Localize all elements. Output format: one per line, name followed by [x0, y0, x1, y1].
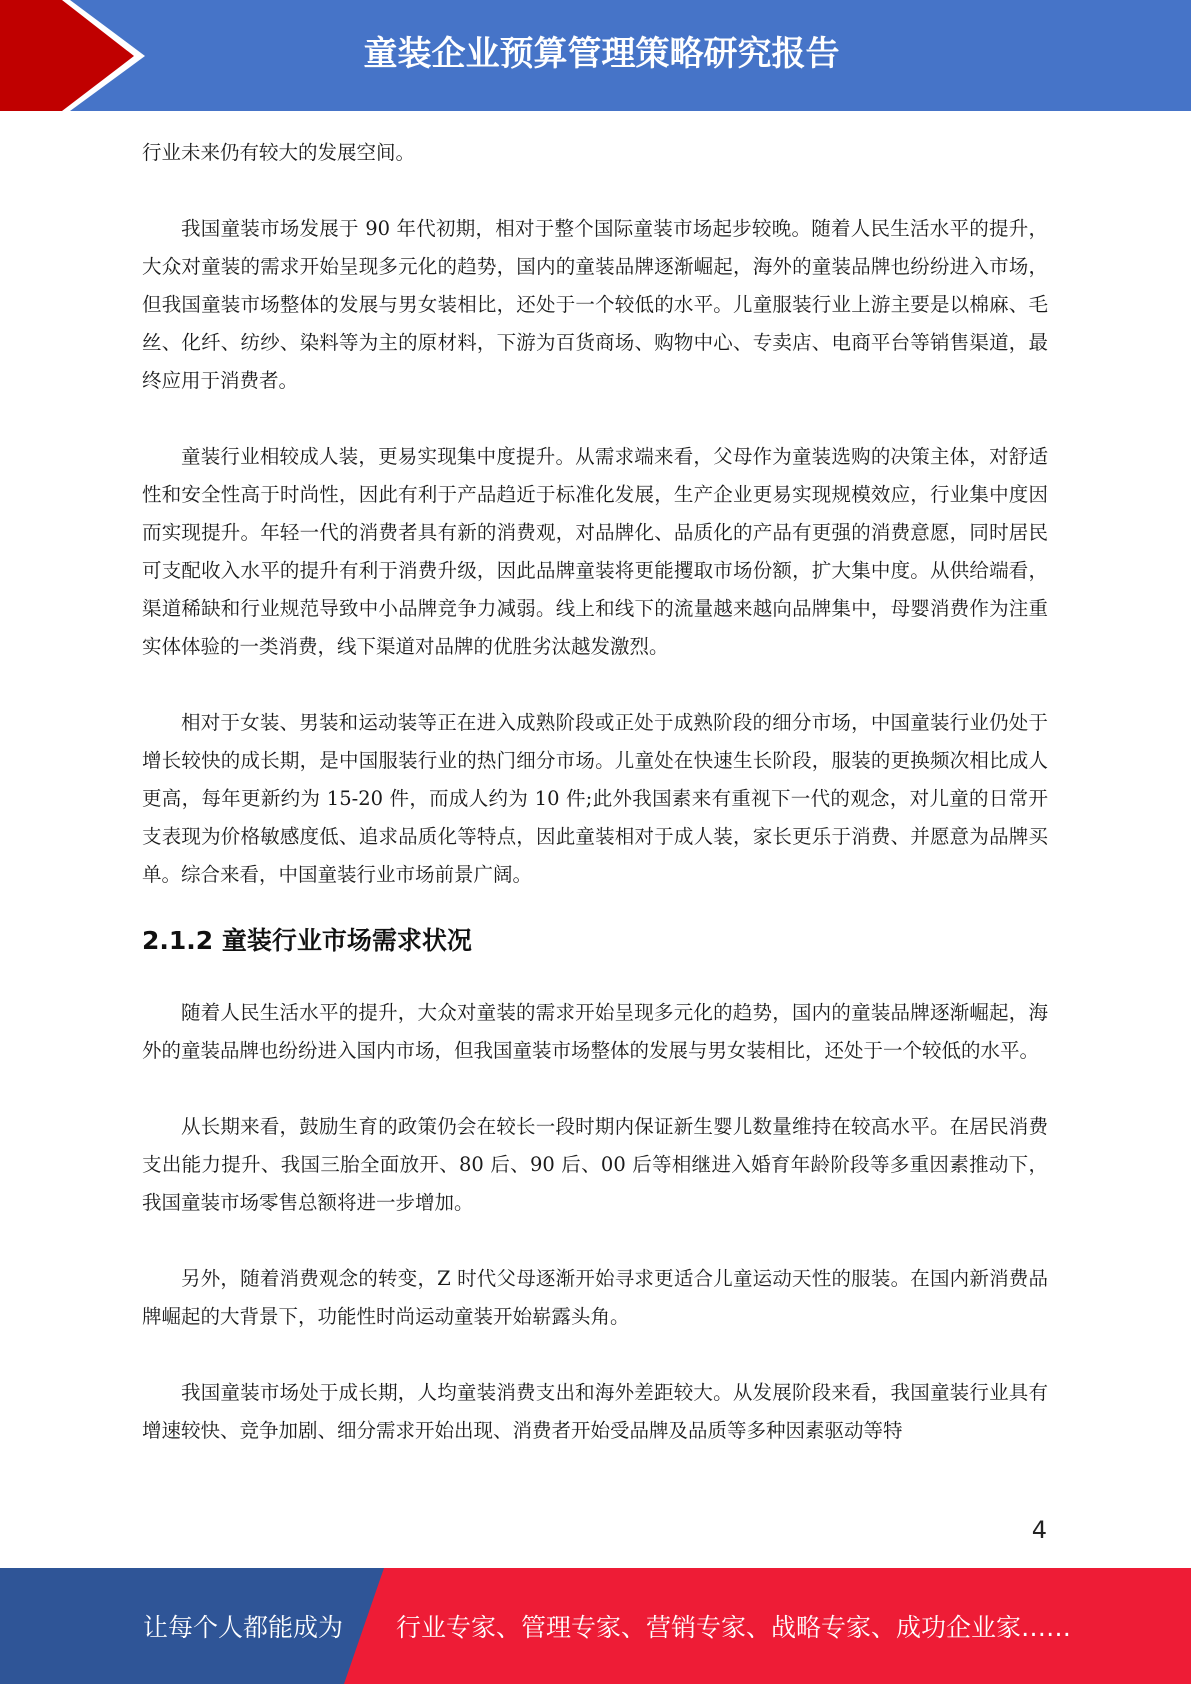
document-title: 童装企业预算管理策略研究报告	[0, 0, 1191, 111]
paragraph: 我国童装市场处于成长期，人均童装消费支出和海外差距较大。从发展阶段来看，我国童装…	[142, 1374, 1048, 1450]
paragraph: 我国童装市场发展于 90 年代初期，相对于整个国际童装市场起步较晚。随着人民生活…	[142, 210, 1048, 400]
page-header: 童装企业预算管理策略研究报告	[0, 0, 1191, 111]
document-body: 行业未来仍有较大的发展空间。 我国童装市场发展于 90 年代初期，相对于整个国际…	[142, 134, 1048, 1450]
footer-slogan-right: 行业专家、管理专家、营销专家、战略专家、成功企业家……	[396, 1568, 1071, 1684]
paragraph: 另外，随着消费观念的转变，Z 时代父母逐渐开始寻求更适合儿童运动天性的服装。在国…	[142, 1260, 1048, 1336]
page-footer: 让每个人都能成为 行业专家、管理专家、营销专家、战略专家、成功企业家……	[0, 1568, 1191, 1684]
paragraph: 随着人民生活水平的提升，大众对童装的需求开始呈现多元化的趋势，国内的童装品牌逐渐…	[142, 994, 1048, 1070]
paragraph: 从长期来看，鼓励生育的政策仍会在较长一段时期内保证新生婴儿数量维持在较高水平。在…	[142, 1108, 1048, 1222]
page-number: 4	[1032, 1516, 1047, 1544]
section-heading: 2.1.2 童装行业市场需求状况	[142, 916, 1048, 994]
footer-slogan-left: 让每个人都能成为	[143, 1568, 343, 1684]
paragraph: 相对于女装、男装和运动装等正在进入成熟阶段或正处于成熟阶段的细分市场，中国童装行…	[142, 704, 1048, 894]
paragraph: 童装行业相较成人装，更易实现集中度提升。从需求端来看，父母作为童装选购的决策主体…	[142, 438, 1048, 666]
paragraph: 行业未来仍有较大的发展空间。	[142, 134, 1048, 172]
